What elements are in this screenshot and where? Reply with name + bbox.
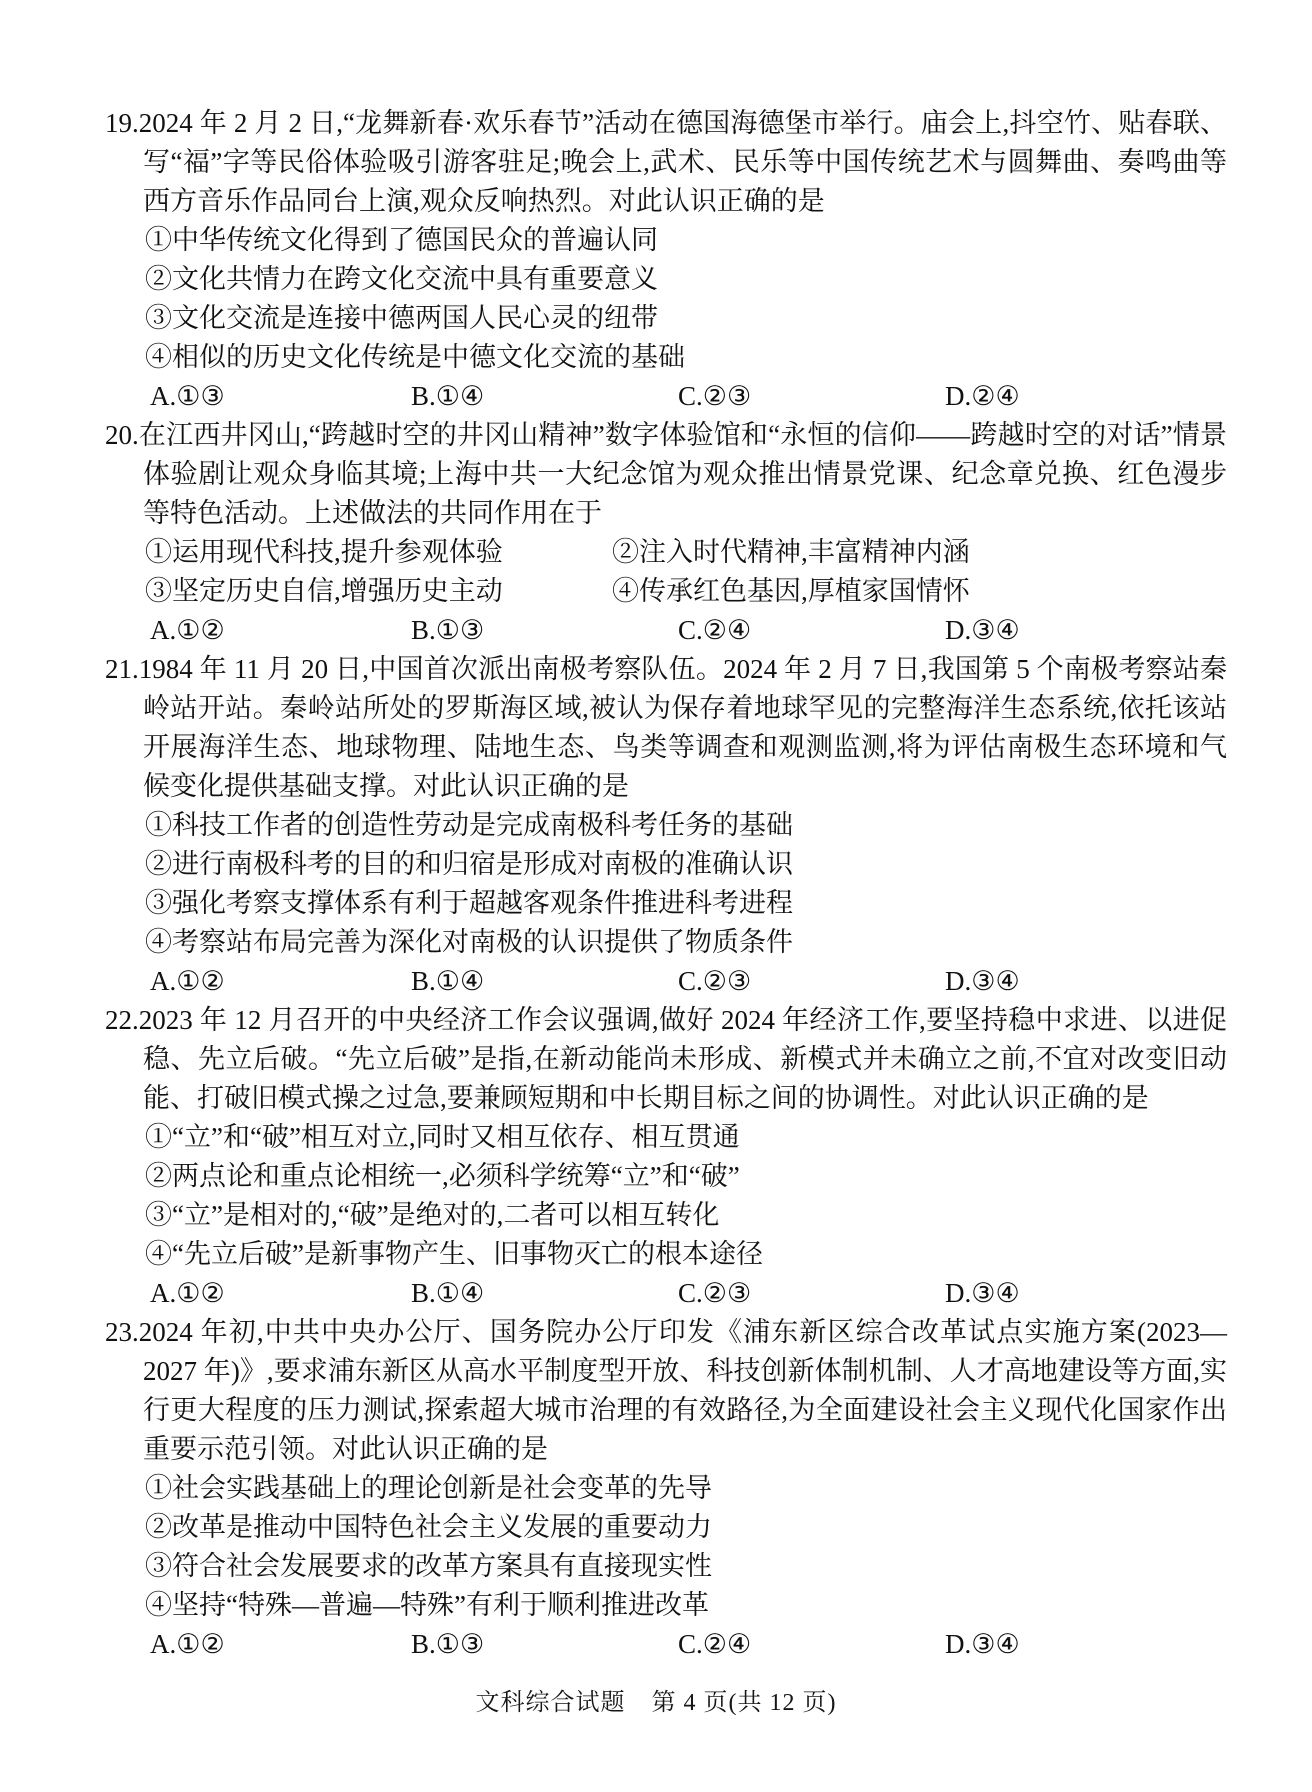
footer-exam-title: 文科综合试题 (476, 1690, 626, 1716)
options-list: ①运用现代科技,提升参观体验 ②注入时代精神,丰富精神内涵 ③坚定历史自信,增强… (105, 533, 1227, 611)
question-stem: 19.2024 年 2 月 2 日,“龙舞新春·欢乐春节”活动在德国海德堡市举行… (105, 104, 1227, 221)
exam-content: 19.2024 年 2 月 2 日,“龙舞新春·欢乐春节”活动在德国海德堡市举行… (105, 104, 1227, 1664)
page-footer: 文科综合试题第 4 页(共 12 页) (0, 1688, 1312, 1718)
choice-d: D.③④ (945, 1274, 1227, 1313)
option-row: ①运用现代科技,提升参观体验 ②注入时代精神,丰富精神内涵 (145, 533, 1227, 572)
option-item-3: ③“立”是相对的,“破”是绝对的,二者可以相互转化 (145, 1196, 1227, 1235)
option-item-3: ③符合社会发展要求的改革方案具有直接现实性 (145, 1547, 1227, 1586)
question-23: 23.2024 年初,中共中央办公厅、国务院办公厅印发《浦东新区综合改革试点实施… (105, 1313, 1227, 1664)
question-stem: 20.在江西井冈山,“跨越时空的井冈山精神”数字体验馆和“永恒的信仰——跨越时空… (105, 416, 1227, 533)
choices-row: A.①② B.①③ C.②④ D.③④ (105, 1625, 1227, 1664)
options-list: ①中华传统文化得到了德国民众的普遍认同 ②文化共情力在跨文化交流中具有重要意义 … (105, 221, 1227, 377)
exam-page: 19.2024 年 2 月 2 日,“龙舞新春·欢乐春节”活动在德国海德堡市举行… (0, 0, 1312, 1792)
option-item-1: ①“立”和“破”相互对立,同时又相互依存、相互贯通 (145, 1118, 1227, 1157)
option-item-2: ②两点论和重点论相统一,必须科学统筹“立”和“破” (145, 1157, 1227, 1196)
option-item-1: ①社会实践基础上的理论创新是社会变革的先导 (145, 1469, 1227, 1508)
question-number: 19. (105, 108, 139, 138)
options-list: ①科技工作者的创造性劳动是完成南极科考任务的基础 ②进行南极科考的目的和归宿是形… (105, 806, 1227, 962)
option-item-4: ④“先立后破”是新事物产生、旧事物灭亡的根本途径 (145, 1235, 1227, 1274)
choice-d: D.③④ (945, 1625, 1227, 1664)
choice-b: B.①③ (411, 1625, 678, 1664)
choices-row: A.①② B.①③ C.②④ D.③④ (105, 611, 1227, 650)
options-list: ①“立”和“破”相互对立,同时又相互依存、相互贯通 ②两点论和重点论相统一,必须… (105, 1118, 1227, 1274)
choice-a: A.①③ (150, 377, 411, 416)
question-stem-text: 在江西井冈山,“跨越时空的井冈山精神”数字体验馆和“永恒的信仰——跨越时空的对话… (139, 420, 1227, 528)
choices-row: A.①③ B.①④ C.②③ D.②④ (105, 377, 1227, 416)
option-item-4: ④坚持“特殊—普遍—特殊”有利于顺利推进改革 (145, 1586, 1227, 1625)
question-stem-text: 2023 年 12 月召开的中央经济工作会议强调,做好 2024 年经济工作,要… (139, 1005, 1227, 1113)
option-item-1: ①中华传统文化得到了德国民众的普遍认同 (145, 221, 1227, 260)
question-number: 22. (105, 1005, 139, 1035)
question-stem: 21.1984 年 11 月 20 日,中国首次派出南极考察队伍。2024 年 … (105, 650, 1227, 806)
choice-a: A.①② (150, 1625, 411, 1664)
choices-row: A.①② B.①④ C.②③ D.③④ (105, 1274, 1227, 1313)
choice-b: B.①④ (411, 962, 678, 1001)
choice-b: B.①④ (411, 377, 678, 416)
choice-a: A.①② (150, 962, 411, 1001)
question-stem: 23.2024 年初,中共中央办公厅、国务院办公厅印发《浦东新区综合改革试点实施… (105, 1313, 1227, 1469)
choice-a: A.①② (150, 1274, 411, 1313)
option-item-2: ②改革是推动中国特色社会主义发展的重要动力 (145, 1508, 1227, 1547)
choice-c: C.②③ (678, 962, 945, 1001)
option-row: ③坚定历史自信,增强历史主动 ④传承红色基因,厚植家国情怀 (145, 572, 1227, 611)
footer-page-number: 第 4 页(共 12 页) (652, 1690, 837, 1716)
option-item-4: ④考察站布局完善为深化对南极的认识提供了物质条件 (145, 923, 1227, 962)
question-22: 22.2023 年 12 月召开的中央经济工作会议强调,做好 2024 年经济工… (105, 1001, 1227, 1313)
choice-c: C.②③ (678, 377, 945, 416)
option-item-4: ④相似的历史文化传统是中德文化交流的基础 (145, 338, 1227, 377)
question-19: 19.2024 年 2 月 2 日,“龙舞新春·欢乐春节”活动在德国海德堡市举行… (105, 104, 1227, 416)
question-number: 23. (105, 1317, 139, 1347)
question-21: 21.1984 年 11 月 20 日,中国首次派出南极考察队伍。2024 年 … (105, 650, 1227, 1001)
choice-a: A.①② (150, 611, 411, 650)
option-item-2: ②进行南极科考的目的和归宿是形成对南极的准确认识 (145, 845, 1227, 884)
option-item-3: ③强化考察支撑体系有利于超越客观条件推进科考进程 (145, 884, 1227, 923)
choice-d: D.③④ (945, 611, 1227, 650)
choice-b: B.①④ (411, 1274, 678, 1313)
option-item-2: ②注入时代精神,丰富精神内涵 (612, 533, 970, 572)
question-stem: 22.2023 年 12 月召开的中央经济工作会议强调,做好 2024 年经济工… (105, 1001, 1227, 1118)
option-item-2: ②文化共情力在跨文化交流中具有重要意义 (145, 260, 1227, 299)
question-stem-text: 1984 年 11 月 20 日,中国首次派出南极考察队伍。2024 年 2 月… (139, 654, 1227, 801)
options-list: ①社会实践基础上的理论创新是社会变革的先导 ②改革是推动中国特色社会主义发展的重… (105, 1469, 1227, 1625)
choice-d: D.②④ (945, 377, 1227, 416)
question-stem-text: 2024 年初,中共中央办公厅、国务院办公厅印发《浦东新区综合改革试点实施方案(… (139, 1317, 1227, 1464)
option-item-1: ①科技工作者的创造性劳动是完成南极科考任务的基础 (145, 806, 1227, 845)
question-stem-text: 2024 年 2 月 2 日,“龙舞新春·欢乐春节”活动在德国海德堡市举行。庙会… (139, 108, 1227, 216)
option-item-3: ③文化交流是连接中德两国人民心灵的纽带 (145, 299, 1227, 338)
option-item-3: ③坚定历史自信,增强历史主动 (145, 572, 612, 611)
question-20: 20.在江西井冈山,“跨越时空的井冈山精神”数字体验馆和“永恒的信仰——跨越时空… (105, 416, 1227, 650)
choice-b: B.①③ (411, 611, 678, 650)
choice-c: C.②④ (678, 1625, 945, 1664)
question-number: 21. (105, 654, 139, 684)
question-number: 20. (105, 420, 139, 450)
choice-c: C.②④ (678, 611, 945, 650)
choice-d: D.③④ (945, 962, 1227, 1001)
choice-c: C.②③ (678, 1274, 945, 1313)
option-item-4: ④传承红色基因,厚植家国情怀 (612, 572, 970, 611)
option-item-1: ①运用现代科技,提升参观体验 (145, 533, 612, 572)
choices-row: A.①② B.①④ C.②③ D.③④ (105, 962, 1227, 1001)
